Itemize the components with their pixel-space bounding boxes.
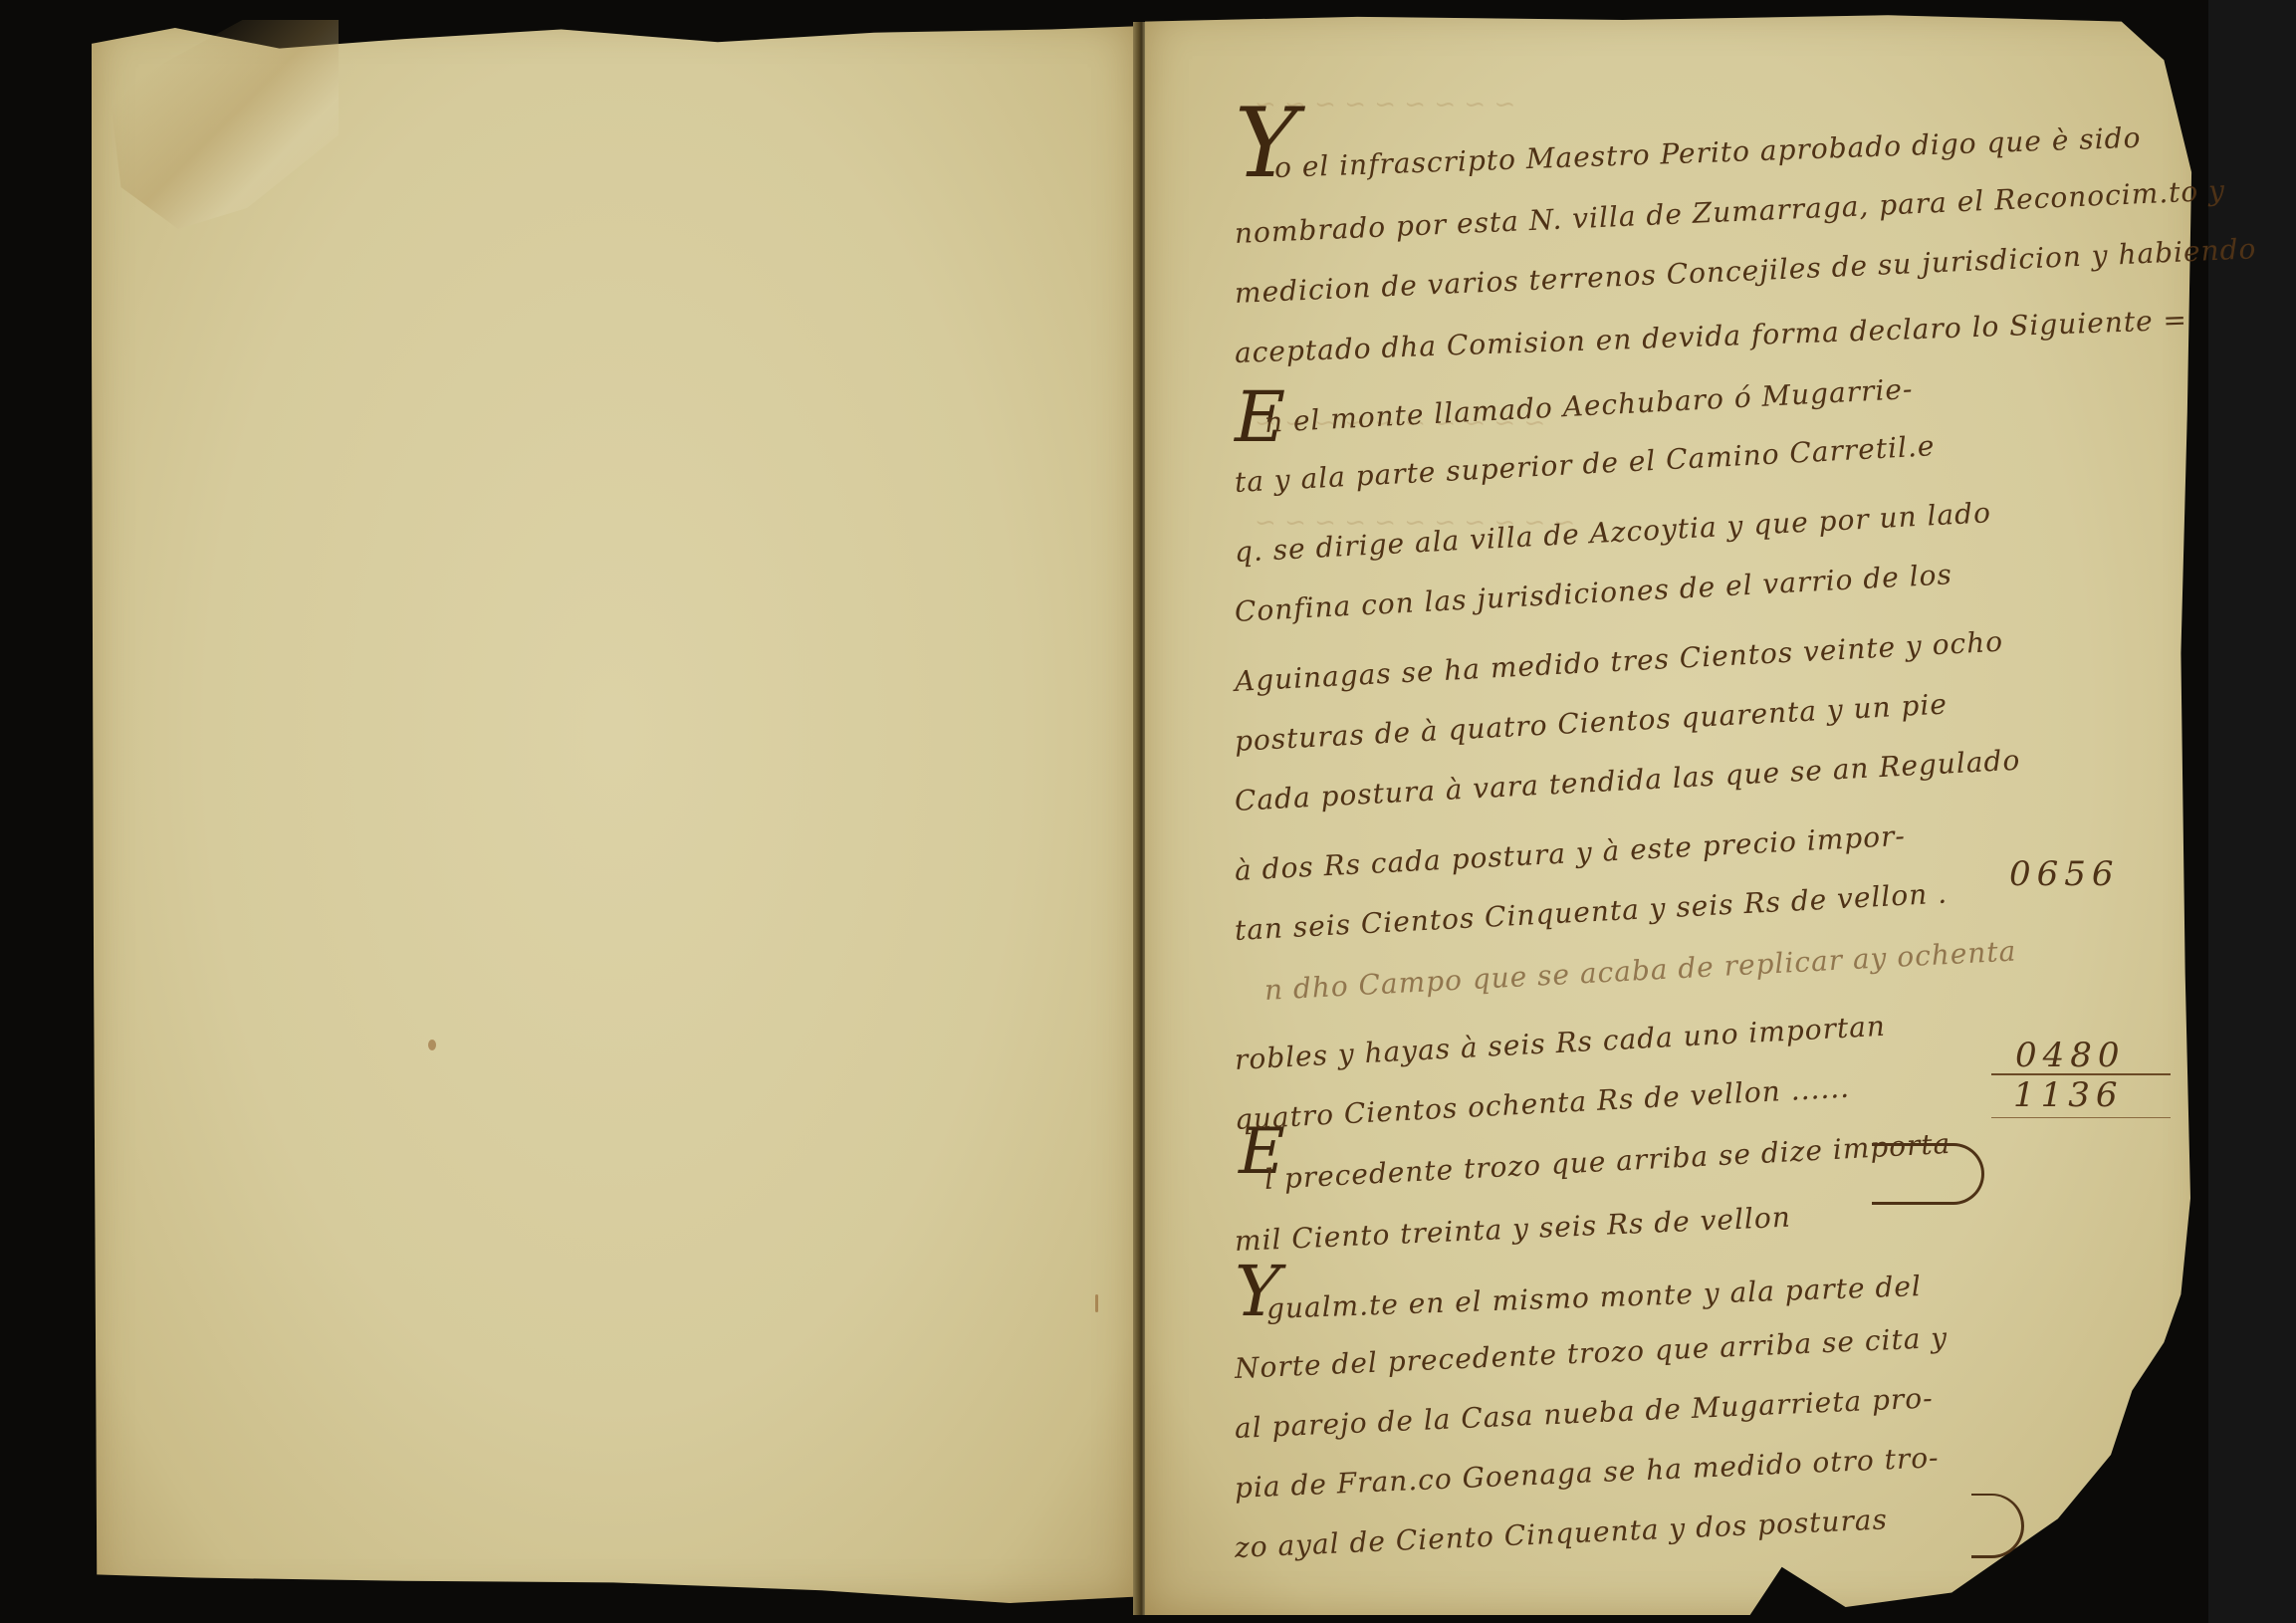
amount-total: 1136 xyxy=(2013,1075,2124,1115)
total-underline xyxy=(1991,1117,2171,1118)
amount-second: 0480 xyxy=(2015,1036,2126,1075)
book-spine xyxy=(1133,22,1147,1615)
amount-first: 0656 xyxy=(2009,854,2120,894)
flourish xyxy=(1872,1143,1984,1205)
ink-stain xyxy=(428,1040,436,1050)
left-page xyxy=(92,20,1135,1603)
ink-stain xyxy=(1095,1294,1098,1312)
